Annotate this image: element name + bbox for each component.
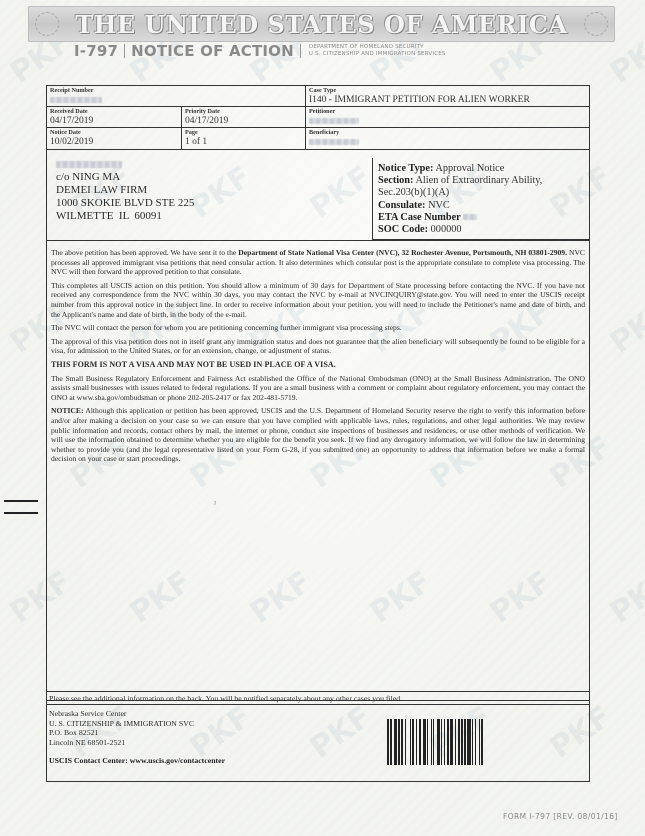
care-of: c/o NING MA	[56, 171, 194, 184]
agency-line: U.S. CITIZENSHIP AND IMMIGRATION SERVICE…	[309, 51, 446, 58]
department-line: DEPARTMENT OF HOMELAND SECURITY	[309, 44, 446, 51]
notice-date-label: Notice Date	[50, 129, 178, 137]
page-cell: Page 1 of 1	[182, 128, 306, 150]
mailing-address: c/o NING MA DEMEI LAW FIRM 1000 SKOKIE B…	[56, 158, 194, 223]
received-date-cell: Received Date 04/17/2019	[47, 107, 182, 128]
department: DEPARTMENT OF HOMELAND SECURITY U.S. CIT…	[309, 44, 446, 58]
form-number: I-797	[74, 42, 118, 60]
section-label: Section:	[378, 175, 413, 186]
agency-name: U. S. CITIZENSHIP & IMMIGRATION SVC	[49, 719, 194, 729]
street-address: 1000 SKOKIE BLVD STE 225	[56, 197, 194, 210]
footer-divider	[46, 704, 590, 705]
stray-mark: ˀ	[214, 500, 216, 509]
form-title-row: I-797 NOTICE OF ACTION DEPARTMENT OF HOM…	[74, 42, 446, 60]
soc-code-value: 000000	[431, 224, 462, 235]
notice-type-value: Approval Notice	[435, 163, 504, 174]
rosette-icon	[35, 12, 59, 36]
notice-details: Notice Type: Approval Notice Section: Al…	[372, 158, 590, 240]
beneficiary-cell: Beneficiary	[306, 128, 590, 150]
notice-type-label: Notice Type:	[378, 163, 433, 174]
paragraph-nvc-contact: The NVC will contact the person for whom…	[51, 323, 585, 333]
page-value: 1 of 1	[185, 137, 302, 148]
page-label: Page	[185, 129, 302, 137]
service-center-address: Nebraska Service Center U. S. CITIZENSHI…	[49, 709, 194, 747]
paragraph-verification-notice: NOTICE: Although this application or pet…	[51, 406, 585, 464]
notice-date-cell: Notice Date 10/02/2019	[47, 128, 182, 150]
redacted-receipt-number	[50, 97, 102, 103]
divider	[300, 44, 301, 58]
eta-case-label: ETA Case Number	[378, 212, 461, 223]
notice-body: The above petition has been approved. We…	[51, 248, 585, 468]
priority-date-value: 04/17/2019	[185, 116, 302, 127]
city-state-zip: WILMETTE IL 60091	[56, 210, 194, 223]
redacted-addressee	[56, 161, 122, 168]
priority-date-label: Priority Date	[185, 108, 302, 116]
priority-date-cell: Priority Date 04/17/2019	[182, 107, 306, 128]
watermark-mark: PKF	[604, 294, 645, 360]
section-divider	[46, 240, 590, 241]
petitioner-label: Petitioner	[309, 108, 587, 116]
law-firm: DEMEI LAW FIRM	[56, 184, 194, 197]
banner: THE UNITED STATES OF AMERICA	[28, 6, 615, 42]
receipt-number-label: Receipt Number	[50, 87, 302, 95]
divider	[124, 44, 125, 58]
barcode	[387, 719, 511, 765]
receipt-number-cell: Receipt Number	[47, 86, 306, 107]
paragraph-ombudsman: The Small Business Regulatory Enforcemen…	[51, 374, 585, 403]
section-code: Sec.203(b)(1)(A)	[378, 187, 590, 199]
notice-date-value: 10/02/2019	[50, 137, 178, 148]
form-title: NOTICE OF ACTION	[131, 42, 294, 60]
paragraph-approval-disclaimer: The approval of this visa petition does …	[51, 337, 585, 356]
redacted-beneficiary	[309, 139, 359, 145]
service-center-city: Lincoln NE 68501-2521	[49, 738, 194, 748]
section-value: Alien of Extraordinary Ability,	[415, 175, 542, 186]
back-note: Please see the additional information on…	[49, 694, 402, 703]
consulate-label: Consulate:	[378, 200, 425, 211]
case-type-value: I140 - IMMIGRANT PETITION FOR ALIEN WORK…	[309, 95, 587, 106]
beneficiary-label: Beneficiary	[309, 129, 587, 137]
case-type-label: Case Type	[309, 87, 587, 95]
not-a-visa-warning: THIS FORM IS NOT A VISA AND MAY NOT BE U…	[51, 360, 585, 370]
po-box: P.O. Box 82521	[49, 728, 194, 738]
paragraph-nvc: The above petition has been approved. We…	[51, 248, 585, 277]
fold-marks	[4, 500, 38, 524]
petitioner-cell: Petitioner	[306, 107, 590, 128]
received-date-value: 04/17/2019	[50, 116, 178, 127]
banner-text: THE UNITED STATES OF AMERICA	[75, 10, 567, 39]
consulate-value: NVC	[428, 200, 450, 211]
rosette-icon	[584, 12, 608, 36]
paragraph-uscis-complete: This completes all USCIS action on this …	[51, 281, 585, 319]
document-page: PKFPKFPKFPKFPKFPKFPKFPKFPKFPKFPKFPKFPKFP…	[0, 0, 645, 836]
form-revision: FORM I-797 [REV. 08/01/16]	[503, 812, 618, 821]
contact-center: USCIS Contact Center: www.uscis.gov/cont…	[49, 756, 225, 765]
case-type-cell: Case Type I140 - IMMIGRANT PETITION FOR …	[306, 86, 590, 107]
service-center-name: Nebraska Service Center	[49, 709, 194, 719]
soc-code-label: SOC Code:	[378, 224, 428, 235]
redacted-eta-number	[463, 214, 477, 220]
received-date-label: Received Date	[50, 108, 178, 116]
redacted-petitioner	[309, 118, 359, 124]
watermark-mark: PKF	[604, 564, 645, 630]
